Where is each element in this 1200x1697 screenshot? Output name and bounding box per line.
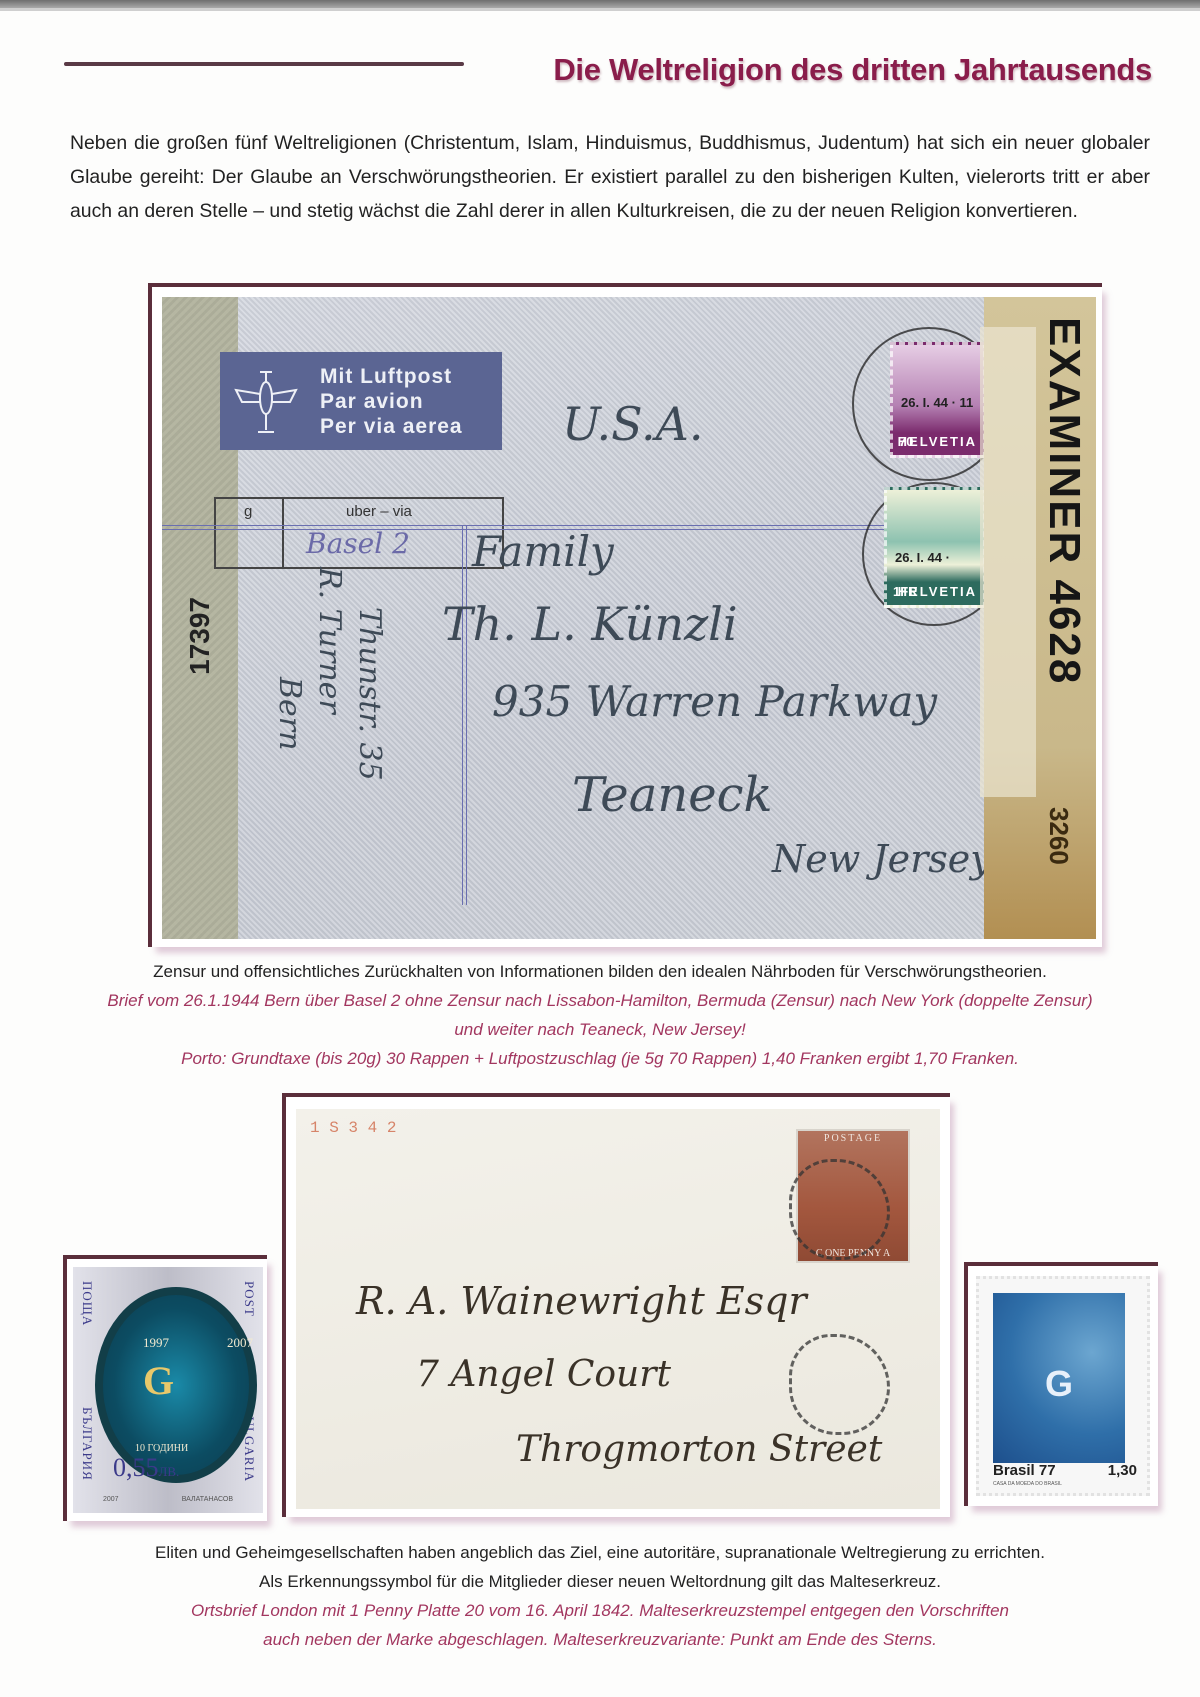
airplane-icon [234,368,298,438]
routing-handwriting: Basel 2 [306,527,410,560]
cover2-letter: 1 S 3 4 2 POSTAGE C ONE PENNY A R. A. Wa… [296,1109,940,1509]
cover2-caption-2: Als Erkennungssymbol für die Mitglieder … [60,1572,1140,1592]
maltese-cross-cancel-on-stamp [789,1159,890,1260]
masonic-emblem-brazil: G [993,1293,1125,1463]
stamp-brazil-frame: G Brasil 77 1,30 CASA DA MOEDA DO BRASIL [964,1262,1158,1506]
address-rule-vertical [462,525,467,905]
cover1-caption-red-3: Porto: Grundtaxe (bis 20g) 30 Rappen + L… [60,1049,1140,1069]
page-title: Die Weltreligion des dritten Jahrtausend… [553,52,1152,88]
address-line-state: New Jersey [772,837,992,881]
postmark-date-1: 26. I. 44 · 11 [901,395,973,410]
scan-top-edge-shade [0,8,1200,11]
letter-address-line-2: 7 Angel Court [416,1354,671,1395]
address-line-family: Family [472,527,614,576]
cover1-caption-red-1: Brief vom 26.1.1944 Bern über Basel 2 oh… [60,991,1140,1011]
stamp-bulgaria-price: 0,55ЛВ. [113,1453,179,1483]
censor-examiner-label: EXAMINER 4628 [1034,317,1094,837]
airmail-label: Mit Luftpost Par avion Per via aerea [220,352,502,450]
sender-line-name: R. Turner [312,567,347,714]
cover1-envelope: 17397 Mit Luftpost Par avion Per via aer… [162,297,1096,939]
sender-line-city: Bern [272,677,307,750]
cover2-caption-red-1: Ortsbrief London mit 1 Penny Platte 20 v… [60,1601,1140,1621]
letter-address-line-3: Throgmorton Street [516,1429,882,1470]
stamp-1-franc: 1FR HELVETIA 26. I. 44 · [884,487,986,608]
intro-paragraph: Neben die großen fünf Weltreligionen (Ch… [70,126,1150,229]
stamp-brazil: G Brasil 77 1,30 CASA DA MOEDA DO BRASIL [976,1276,1150,1496]
cover2-caption-red-2: auch neben der Marke abgeschlagen. Malte… [60,1630,1140,1650]
routing-box-via-label: uber – via [346,503,412,520]
address-line-name: Th. L. Künzli [442,597,738,651]
censor-number-right: 3260 [1043,807,1074,865]
red-transit-mark: 1 S 3 4 2 [310,1119,396,1137]
address-line-city: Teaneck [572,767,773,823]
sender-line-street: Thunstr. 35 [352,607,387,781]
maltese-cross-cancel-beside-stamp [789,1334,890,1435]
cover1-caption: Zensur und offensichtliches Zurückhalten… [60,962,1140,982]
censor-number-left: 17397 [184,597,216,675]
cover2-frame: 1 S 3 4 2 POSTAGE C ONE PENNY A R. A. Wa… [282,1093,950,1517]
cover1-caption-red-2: und weiter nach Teaneck, New Jersey! [60,1020,1140,1040]
routing-box-left-label: g [244,503,252,520]
address-country: U.S.A. [562,397,704,451]
title-rule [64,62,464,66]
square-compass-icon: G [143,1357,174,1404]
stamp-70-rappen: 70 HELVETIA 26. I. 44 · 11 [890,342,986,458]
address-line-street: 935 Warren Parkway [492,677,937,726]
airmail-line-3: Per via aerea [320,414,463,439]
airmail-line-1: Mit Luftpost [320,364,463,389]
letter-address-line-1: R. A. Wainewright Esqr [356,1279,807,1323]
routing-box: g uber – via Basel 2 [214,497,504,569]
square-compass-icon: G [1045,1363,1073,1405]
stamp-bulgaria-frame: ПОЩА POST БЪЛГАРИЯ BULGARIA 1997 2007 G … [63,1255,267,1521]
airmail-line-2: Par avion [320,389,463,414]
cover2-caption-1: Eliten und Geheimgesellschaften haben an… [60,1543,1140,1563]
scan-top-edge [0,0,1200,8]
stamp-bulgaria: ПОЩА POST БЪЛГАРИЯ BULGARIA 1997 2007 G … [73,1267,263,1513]
postmark-date-2: 26. I. 44 · [895,550,950,565]
cover1-frame: 17397 Mit Luftpost Par avion Per via aer… [148,283,1102,947]
